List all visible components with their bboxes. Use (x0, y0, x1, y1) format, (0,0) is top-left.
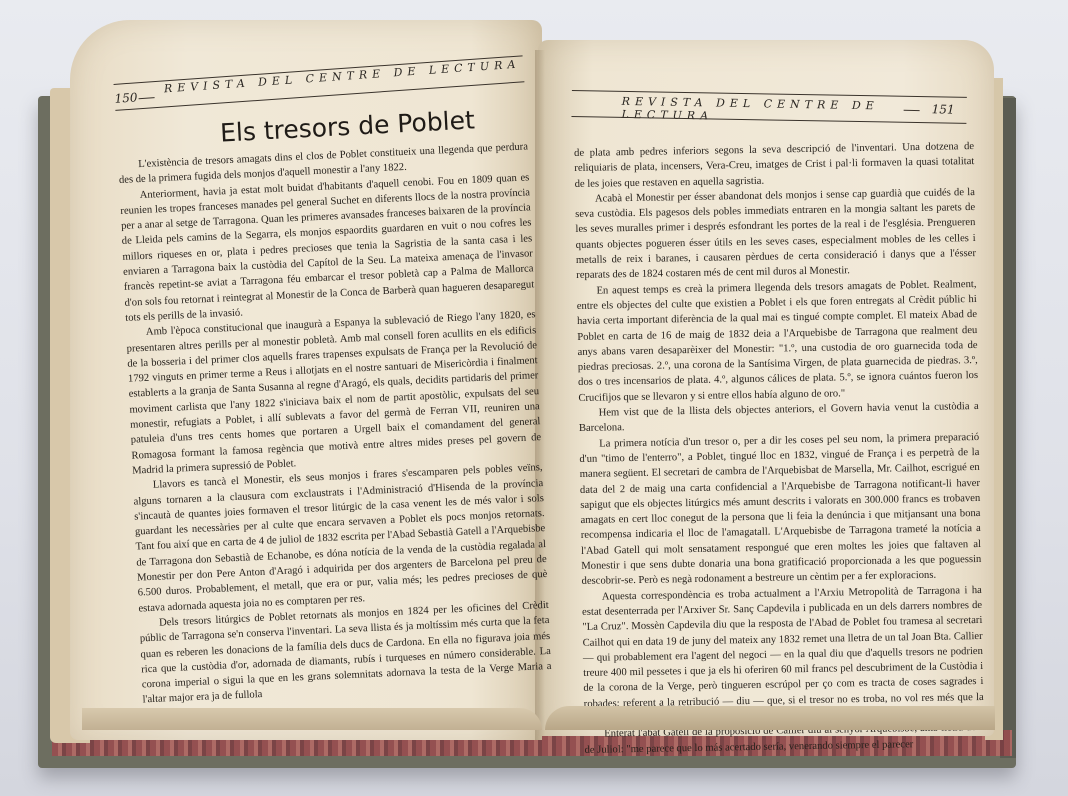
right-page-body: de plata amb pedres inferiors segons la … (574, 139, 985, 758)
paragraph: Dels tresors litúrgics de Poblet retorna… (139, 598, 553, 708)
header-rule (139, 97, 155, 99)
right-page-number: 151 (932, 102, 955, 116)
paragraph: Llavors es tancà el Monestir, els seus m… (133, 460, 549, 616)
paragraph: Amb l'època constitucional que inaugurà … (126, 307, 543, 478)
paragraph: Acabà el Monestir per ésser abandonat de… (575, 185, 977, 284)
paragraph: La primera notícia d'un tresor o, per a … (579, 430, 982, 590)
paragraph: de plata amb pedres inferiors segons la … (574, 139, 975, 192)
left-page-number: 150 (114, 90, 138, 106)
paragraph: En aquest temps es creà la primera llege… (576, 277, 978, 406)
paragraph: Anteriorment, havia ja estat molt buidat… (119, 170, 535, 326)
right-page-bottom-curl (545, 706, 995, 730)
right-running-header: REVISTA DEL CENTRE DE LECTURA 151 (571, 86, 972, 143)
left-page-bottom-curl (82, 708, 542, 730)
left-page-body: L'existència de tresors amagats dins el … (118, 139, 553, 708)
